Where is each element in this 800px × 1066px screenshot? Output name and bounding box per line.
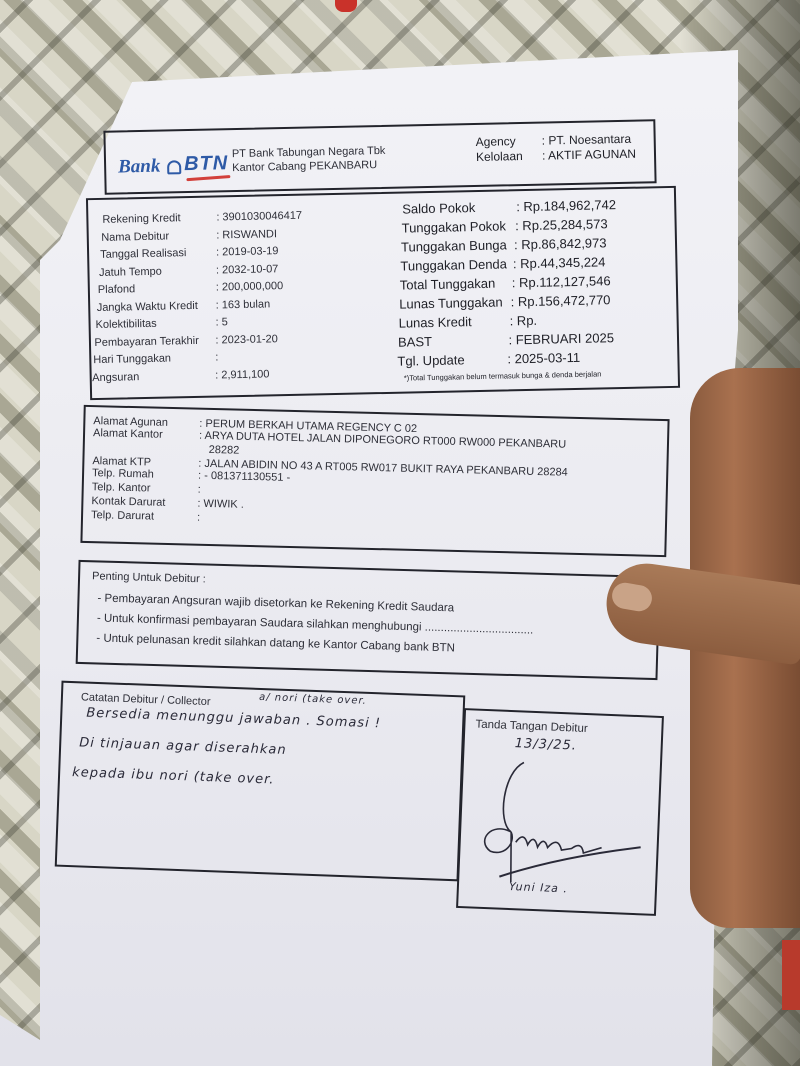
account-field-label: Angsuran (92, 371, 139, 384)
balance-field-label: Total Tunggakan (400, 276, 496, 293)
account-field-value: : 200,000,000 (216, 280, 284, 293)
address-field-value: : - 081371130551 - (198, 470, 290, 484)
account-field-value: : 2,911,100 (215, 368, 269, 381)
branch-name: Kantor Cabang PEKANBARU (232, 159, 377, 174)
signature-box: Tanda Tangan Debitur 13/3/25. Yuni Iza . (456, 708, 664, 916)
address-list: Alamat Agunan: PERUM BERKAH UTAMA REGENC… (86, 407, 668, 421)
address-field-value: : WIWIK . (197, 498, 244, 511)
balance-field-label: Tunggakan Denda (400, 256, 507, 273)
company-name: PT Bank Tabungan Negara Tbk (232, 145, 386, 160)
address-field-label: Alamat Kantor (93, 427, 163, 441)
balance-field-label: Tunggakan Pokok (401, 218, 506, 235)
red-sleeve (782, 940, 800, 1010)
notice-item: - Untuk konfirmasi pembayaran Saudara si… (97, 612, 534, 636)
kelolaan-value: : AKTIF AGUNAN (542, 147, 636, 163)
account-field-value: : 2032-10-07 (216, 263, 279, 276)
balance-field-label: Lunas Kredit (398, 314, 471, 331)
notice-item: - Pembayaran Angsuran wajib disetorkan k… (97, 592, 454, 614)
account-field-value: : RISWANDI (216, 228, 277, 241)
account-field-label: Jangka Waktu Kredit (97, 299, 198, 313)
account-box: Rekening Kredit: 3901030046417Nama Debit… (86, 186, 680, 400)
btn-logo-text: BTN (184, 152, 229, 176)
account-field-value: : 5 (215, 316, 227, 328)
bank-logo-text: Bank (118, 156, 161, 179)
address-field-label: Kontak Darurat (91, 495, 165, 509)
agency-value: : PT. Noesantara (542, 132, 632, 148)
account-field-label: Hari Tunggakan (93, 352, 171, 366)
balance-field-value: : Rp.184,962,742 (516, 197, 616, 214)
account-field-value: : 3901030046417 (216, 210, 302, 224)
signature-scribble (469, 751, 654, 888)
handwritten-note-line: Bersedia menunggu jawaban . Somasi ! (86, 706, 381, 732)
handwritten-note-line: a/ nori (take over. (259, 692, 367, 707)
signature-label: Tanda Tangan Debitur (475, 719, 588, 735)
logo-swoosh (186, 175, 230, 181)
account-field-value: : 2019-03-19 (216, 245, 279, 258)
account-field-label: Tanggal Realisasi (100, 247, 186, 261)
balance-field-value: : Rp. (509, 313, 537, 329)
account-field-label: Kolektibilitas (95, 318, 156, 331)
account-field-label: Nama Debitur (101, 230, 169, 243)
balance-field-value: : Rp.25,284,573 (515, 216, 608, 233)
kelolaan-label: Kelolaan (476, 149, 523, 164)
notice-title: Penting Untuk Debitur : (92, 570, 206, 585)
account-field-label: Plafond (98, 283, 136, 296)
account-field-value: : (215, 351, 218, 363)
footnote: *)Total Tunggakan belum termasuk bunga &… (404, 369, 602, 382)
address-box: Alamat Agunan: PERUM BERKAH UTAMA REGENC… (80, 405, 669, 557)
document: Bank BTN PT Bank Tabungan Negara Tbk Kan… (0, 0, 800, 1066)
address-field-value-cont: 28282 (209, 444, 240, 457)
address-field-value: : (197, 512, 200, 524)
balance-field-value: : Rp.44,345,224 (513, 254, 606, 271)
address-field-label: Telp. Rumah (92, 467, 154, 481)
balance-field-label: Tunggakan Bunga (401, 237, 507, 254)
balance-field-value: : Rp.86,842,973 (514, 235, 607, 252)
balance-field-label: Saldo Pokok (402, 200, 475, 217)
address-field-label: Telp. Darurat (91, 509, 154, 523)
balance-field-value: : FEBRUARI 2025 (508, 330, 614, 347)
balance-field-label: BAST (398, 334, 432, 350)
handwritten-note-line: kepada ibu nori (take over. (72, 765, 275, 787)
account-field-label: Jatuh Tempo (99, 265, 162, 278)
balance-field-label: Tgl. Update (397, 352, 465, 368)
header-box: Bank BTN PT Bank Tabungan Negara Tbk Kan… (103, 119, 656, 195)
handwritten-note-line: Di tinjauan agar diserahkan (79, 735, 287, 758)
balance-field-value: : 2025-03-11 (507, 350, 580, 367)
signer-name: Yuni Iza . (509, 880, 568, 895)
notes-box: Catatan Debitur / Collector a/ nori (tak… (55, 681, 466, 882)
balance-field-value: : Rp.156,472,770 (511, 292, 611, 309)
notice-item: - Untuk pelunasan kredit silahkan datang… (96, 632, 455, 654)
notice-box: Penting Untuk Debitur : - Pembayaran Ang… (76, 560, 661, 680)
house-logo-icon (167, 160, 181, 174)
signature-date: 13/3/25. (514, 736, 577, 753)
account-field-value: : 2023-01-20 (215, 333, 278, 346)
address-field-value: : (198, 484, 201, 496)
account-field-label: Rekening Kredit (102, 212, 181, 226)
balance-field-value: : Rp.112,127,546 (512, 273, 611, 290)
address-field-label: Telp. Kantor (92, 481, 151, 494)
account-field-label: Pembayaran Terakhir (94, 334, 199, 348)
agency-label: Agency (476, 134, 516, 149)
account-field-value: : 163 bulan (216, 298, 271, 311)
balance-field-label: Lunas Tunggakan (399, 294, 503, 311)
